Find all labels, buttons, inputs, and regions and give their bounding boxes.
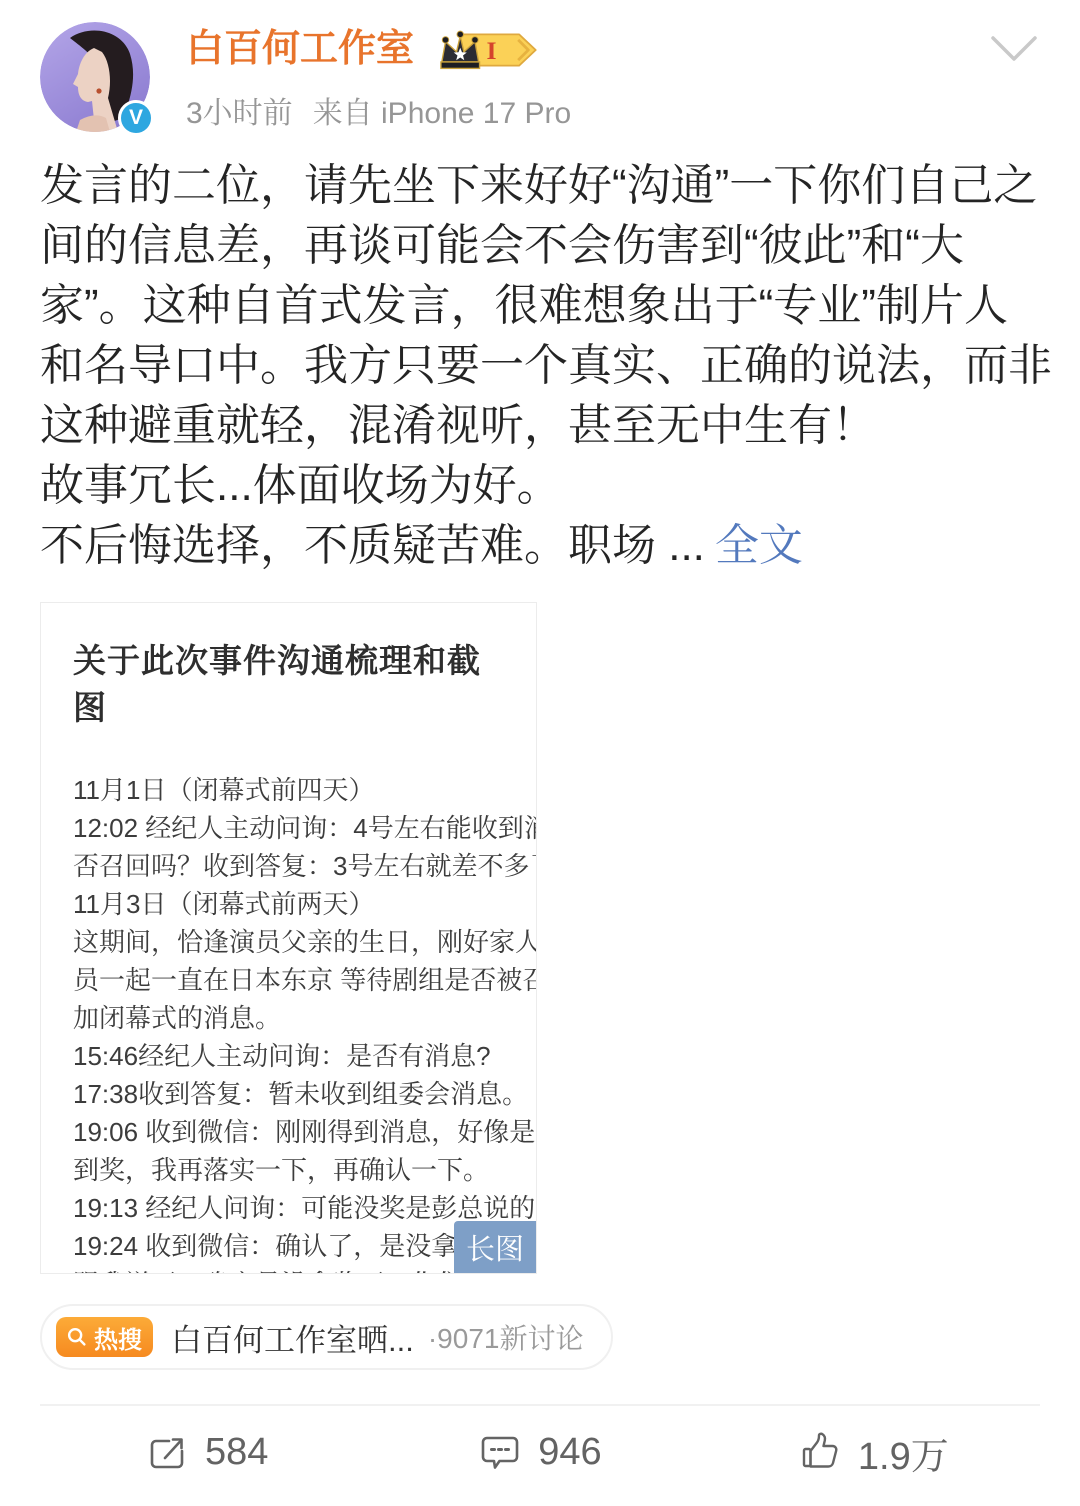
- action-bar: 584 946 1.9万: [40, 1406, 1040, 1498]
- user-avatar[interactable]: V: [40, 22, 150, 132]
- like-count: 1.9万: [858, 1425, 949, 1480]
- post-text-line: 家”。这种自首式发言，很难想象出于“专业”制片人: [40, 276, 1040, 336]
- image-text-line: 加闭幕式的消息。: [73, 999, 512, 1037]
- post-text-line: 故事冗长...体面收场为好。: [40, 456, 1040, 516]
- post-text-line: 间的信息差，再谈可能会不会伤害到“彼此”和“大: [40, 216, 1040, 276]
- image-text-line: 11月1日（闭幕式前四天）: [73, 771, 512, 809]
- long-image-badge: 长图: [454, 1221, 536, 1273]
- image-text-line: 17:38收到答复：暂未收到组委会消息。: [73, 1075, 512, 1113]
- repost-count: 584: [205, 1431, 268, 1474]
- image-text-line: 这期间，恰逢演员父亲的生日，刚好家人陪同演: [73, 923, 512, 961]
- image-title: 关于此次事件沟通梳理和截图: [73, 635, 512, 729]
- weibo-post: V 白百何工作室 I 3小时前 来自 iPhone 17: [0, 0, 1080, 1498]
- image-text-line: 跟我说了，确定是没拿奖了，你们可以明天回来: [73, 1265, 512, 1274]
- post-text-line: 发言的二位，请先坐下来好好“沟通”一下你们自己之: [40, 156, 1040, 216]
- repost-button[interactable]: 584: [40, 1430, 373, 1474]
- image-text-line: 员一起一直在日本东京 等待剧组是否被召回参: [73, 961, 512, 999]
- level-label: I: [487, 36, 497, 65]
- post-text-line: 不后悔选择，不质疑苦难。职场 ...全文: [40, 516, 1040, 576]
- image-text-line: 12:02 经纪人主动问询：4号左右能收到消息是: [73, 809, 512, 847]
- hot-search-discussion-count: ·9071新讨论: [428, 1317, 584, 1357]
- user-name[interactable]: 白百何工作室: [186, 26, 414, 74]
- image-text-line: 15:46经纪人主动问询：是否有消息?: [73, 1037, 512, 1075]
- image-text-line: 否召回吗？收到答复：3号左右就差不多了。: [73, 847, 512, 885]
- hot-search-badge-label: 热搜: [94, 1320, 142, 1355]
- image-text-line: 19:24 收到微信：确认了，是没拿奖。刚刚彭总: [73, 1227, 512, 1265]
- hot-search-pill[interactable]: 热搜 白百何工作室晒... ·9071新讨论: [40, 1304, 613, 1370]
- post-time: 3小时前: [186, 88, 293, 132]
- membership-crown-badge[interactable]: I: [430, 27, 542, 73]
- post-text-line: 这种避重就轻，混淆视听，甚至无中生有！: [40, 396, 1040, 456]
- verified-badge: V: [118, 100, 154, 136]
- collapse-chevron-icon[interactable]: [988, 22, 1040, 69]
- post-text-tail: 不后悔选择，不质疑苦难。职场 ...: [40, 521, 705, 570]
- post-text-line: 和名导口中。我方只要一个真实、正确的说法，而非: [40, 336, 1040, 396]
- comment-count: 946: [538, 1431, 601, 1474]
- image-text-line: 11月3日（闭幕式前两天）: [73, 885, 512, 923]
- fulltext-link[interactable]: 全文: [715, 521, 803, 570]
- image-text: 11月1日（闭幕式前四天） 12:02 经纪人主动问询：4号左右能收到消息是 否…: [73, 771, 512, 1274]
- like-icon: [798, 1430, 842, 1474]
- search-icon: [65, 1325, 89, 1349]
- post-image-card[interactable]: 关于此次事件沟通梳理和截图 11月1日（闭幕式前四天） 12:02 经纪人主动问…: [40, 602, 537, 1274]
- comment-button[interactable]: 946: [373, 1430, 706, 1474]
- image-text-line: 19:13 经纪人问询：可能没奖是彭总说的吗?: [73, 1189, 512, 1227]
- image-text-line: 19:06 收到微信：刚刚得到消息，好像是没有拿: [73, 1113, 512, 1151]
- post-text: 发言的二位，请先坐下来好好“沟通”一下你们自己之 间的信息差，再谈可能会不会伤害…: [40, 156, 1040, 576]
- hot-search-topic: 白百何工作室晒...: [171, 1315, 414, 1360]
- repost-icon: [145, 1430, 189, 1474]
- header-info: 白百何工作室 I 3小时前 来自 iPhone 17 Pro: [186, 22, 571, 132]
- like-button[interactable]: 1.9万: [707, 1425, 1040, 1480]
- post-header: V 白百何工作室 I 3小时前 来自 iPhone 17: [40, 22, 1040, 132]
- image-text-line: 到奖，我再落实一下，再确认一下。: [73, 1151, 512, 1189]
- comment-icon: [478, 1430, 522, 1474]
- hot-search-badge: 热搜: [56, 1317, 153, 1357]
- post-source: 来自 iPhone 17 Pro: [313, 88, 571, 132]
